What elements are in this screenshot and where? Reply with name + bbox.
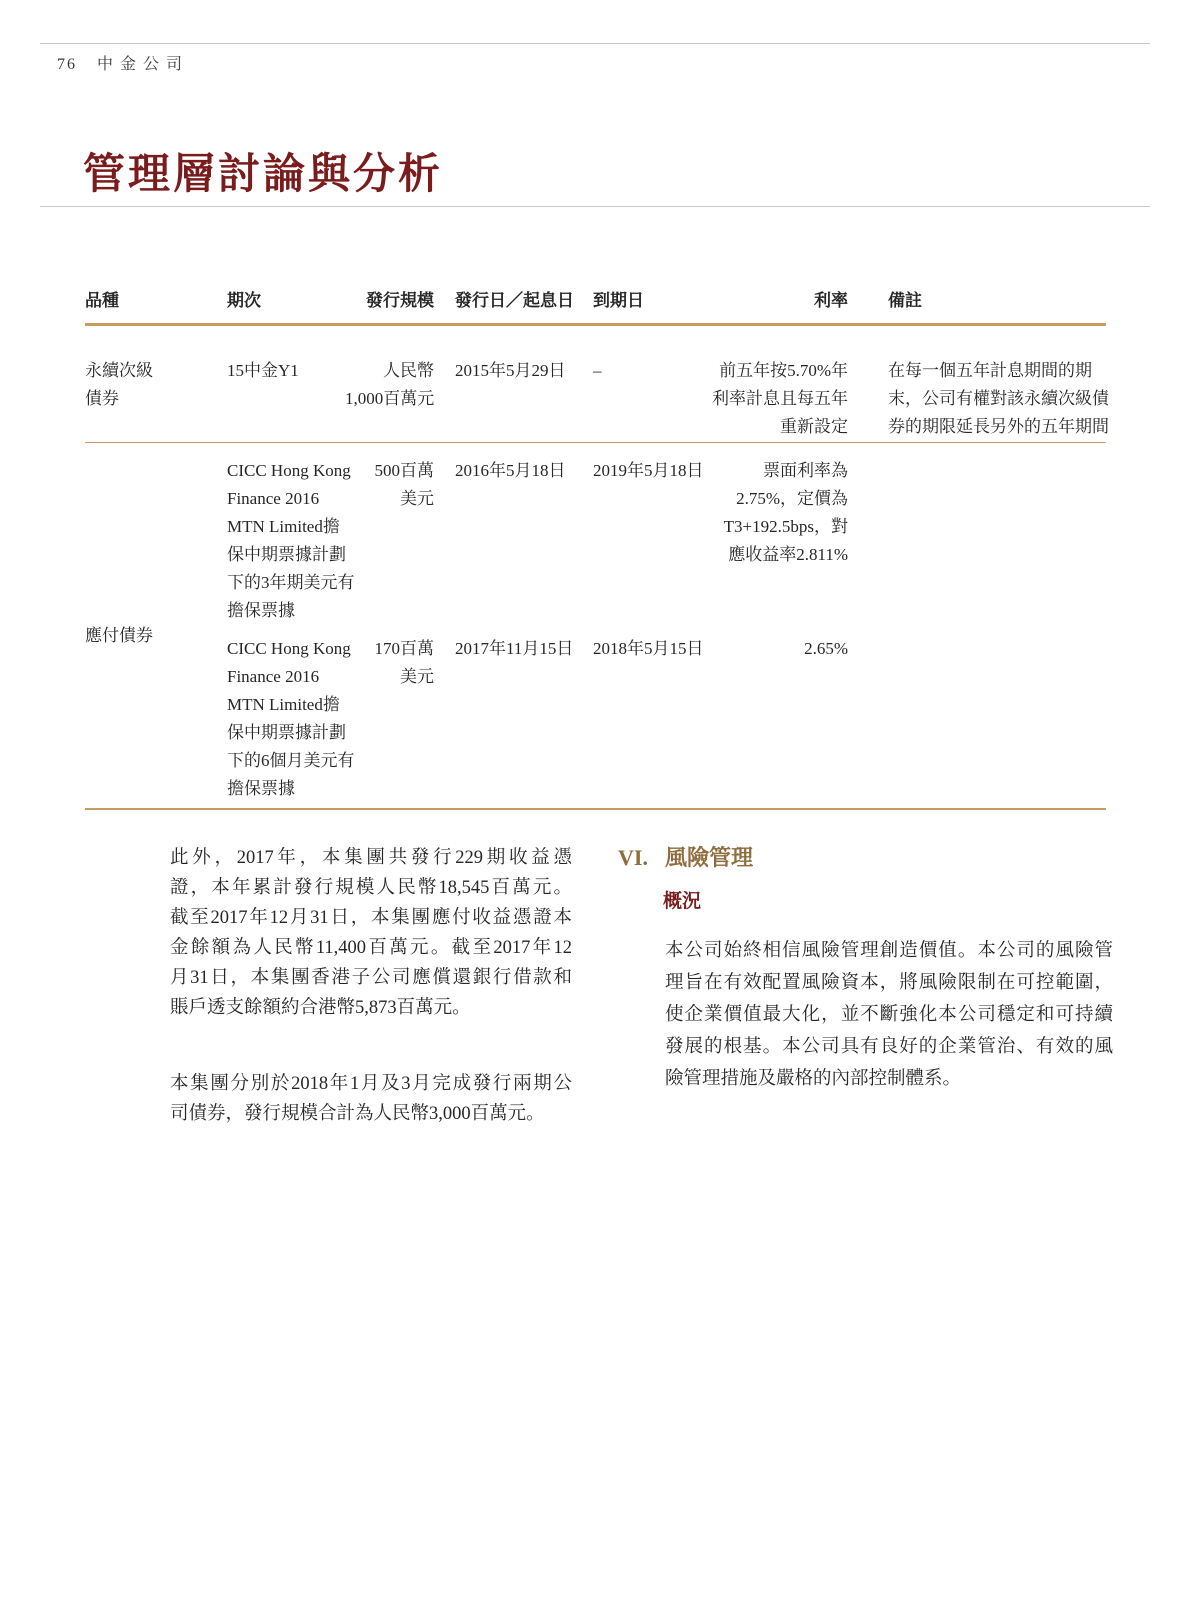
- table-row-bonds-payable: 應付債券 CICC Hong Kong Finance 2016 MTN Lim…: [85, 443, 1106, 810]
- cell-series: 15中金Y1: [227, 357, 345, 441]
- title-rule: [40, 206, 1150, 207]
- paragraph-line: 發展的根基。本公司具有良好的企業管治、有效的風: [665, 1031, 1113, 1063]
- paragraph-line: 證，本年累計發行規模人民幣18,545百萬元。: [170, 873, 572, 903]
- section-number: VI.: [618, 843, 665, 873]
- paragraph-line: 理旨在有效配置風險資本，將風險限制在可控範圍，: [665, 967, 1113, 999]
- right-text-column: VI.風險管理 概況 本公司始終相信風險管理創造價值。本公司的風險管 理旨在有效…: [618, 843, 1110, 1095]
- cell-issue-date: 2016年5月18日: [434, 457, 578, 625]
- cell-size: 人民幣 1,000百萬元: [345, 357, 434, 441]
- bonds-table: 品種 期次 發行規模 發行日／起息日 到期日 利率 備註 永續次級 債券 15中…: [85, 279, 1106, 810]
- cell-note: [848, 635, 1106, 803]
- cell-series: CICC Hong Kong Finance 2016 MTN Limited擔…: [227, 635, 345, 803]
- header-rate: 利率: [698, 287, 848, 315]
- company-name: 中金公司: [97, 56, 189, 73]
- paragraph-line: 司債券，發行規模合計為人民幣3,000百萬元。: [170, 1099, 572, 1129]
- cell-size: 500百萬 美元: [345, 457, 434, 625]
- paragraph-line: 金餘額為人民幣11,400百萬元。截至2017年12: [170, 933, 572, 963]
- header-issue-date: 發行日／起息日: [434, 287, 578, 315]
- paragraph-line: 使企業價值最大化，並不斷強化本公司穩定和可持續: [665, 999, 1113, 1031]
- cell-rate: 2.65%: [698, 635, 848, 803]
- header-rule: [40, 43, 1150, 44]
- cell-maturity: 2018年5月15日: [578, 635, 698, 803]
- paragraph-risk-overview: 本公司始終相信風險管理創造價值。本公司的風險管 理旨在有效配置風險資本，將風險限…: [665, 935, 1113, 1095]
- paragraph-line: 本集團分別於2018年1月及3月完成發行兩期公: [170, 1069, 572, 1099]
- document-page: { "colors": { "accent_red": "#7a1c1c", "…: [0, 0, 1190, 1615]
- cell-kind: 永續次級 債券: [85, 357, 227, 441]
- paragraph-line: 此外，2017年，本集團共發行229期收益憑: [170, 843, 572, 873]
- header-size: 發行規模: [345, 287, 434, 315]
- left-text-column: 此外，2017年，本集團共發行229期收益憑 證，本年累計發行規模人民幣18,5…: [170, 843, 572, 1129]
- paragraph-income-certificates: 此外，2017年，本集團共發行229期收益憑 證，本年累計發行規模人民幣18,5…: [170, 843, 572, 1023]
- cell-maturity: –: [578, 357, 698, 441]
- table-subrow-usd-6m: CICC Hong Kong Finance 2016 MTN Limited擔…: [227, 635, 1106, 803]
- cell-series: CICC Hong Kong Finance 2016 MTN Limited擔…: [227, 457, 345, 625]
- subsection-heading-overview: 概況: [663, 889, 1110, 915]
- page-number: 76: [57, 56, 77, 73]
- table-row-perpetual-bond: 永續次級 債券 15中金Y1 人民幣 1,000百萬元 2015年5月29日 –…: [85, 326, 1106, 443]
- header-series: 期次: [227, 287, 345, 315]
- page-title: 管理層討論與分析: [83, 141, 443, 201]
- paragraph-corporate-bonds: 本集團分別於2018年1月及3月完成發行兩期公 司債券，發行規模合計為人民幣3,…: [170, 1069, 572, 1129]
- cell-maturity: 2019年5月18日: [578, 457, 698, 625]
- cell-rate: 票面利率為 2.75%，定價為 T3+192.5bps，對 應收益率2.811%: [698, 457, 848, 625]
- cell-rate: 前五年按5.70%年 利率計息且每五年 重新設定: [698, 357, 848, 441]
- section-title: 風險管理: [665, 845, 753, 870]
- cell-note: 在每一個五年計息期間的期 末，公司有權對該永續次級債 券的期限延長另外的五年期間: [848, 357, 1106, 441]
- paragraph-line: 險管理措施及嚴格的內部控制體系。: [665, 1063, 1113, 1095]
- cell-issue-date: 2017年11月15日: [434, 635, 578, 803]
- cell-issue-date: 2015年5月29日: [434, 357, 578, 441]
- cell-size: 170百萬 美元: [345, 635, 434, 803]
- bonds-payable-subrows: CICC Hong Kong Finance 2016 MTN Limited擔…: [227, 457, 1106, 803]
- cell-note: [848, 457, 1106, 625]
- paragraph-line: 本公司始終相信風險管理創造價值。本公司的風險管: [665, 935, 1113, 967]
- header-note: 備註: [848, 287, 1106, 315]
- header-maturity: 到期日: [578, 287, 698, 315]
- header-kind: 品種: [85, 287, 227, 315]
- cell-kind: 應付債券: [85, 622, 227, 650]
- table-header-row: 品種 期次 發行規模 發行日／起息日 到期日 利率 備註: [85, 279, 1106, 326]
- paragraph-line: 截至2017年12月31日，本集團應付收益憑證本: [170, 903, 572, 933]
- table-subrow-usd-3y: CICC Hong Kong Finance 2016 MTN Limited擔…: [227, 457, 1106, 625]
- page-header: 76中金公司: [57, 51, 189, 74]
- paragraph-line: 月31日，本集團香港子公司應償還銀行借款和: [170, 963, 572, 993]
- paragraph-line: 賬戶透支餘額約合港幣5,873百萬元。: [170, 993, 572, 1023]
- section-heading-risk-management: VI.風險管理: [618, 843, 1110, 873]
